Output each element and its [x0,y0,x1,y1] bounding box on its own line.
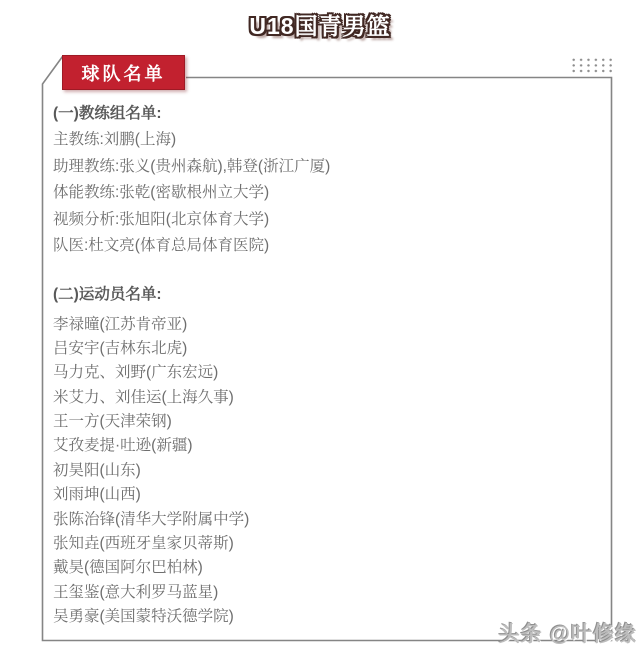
coach-line: 体能教练:张乾(密歇根州立大学) [53,180,598,207]
player-section-heading: (二)运动员名单: [53,282,598,307]
coach-section: (一)教练组名单: 主教练:刘鹏(上海) 助理教练:张义(贵州森航),韩登(浙江… [53,101,598,260]
player-line: 初昊阳(山东) [53,459,598,483]
watermark: 头条 @叶修缘 [499,618,637,648]
coach-section-heading: (一)教练组名单: [53,101,598,127]
player-line: 张陈治锋(清华大学附属中学) [53,508,598,532]
player-line: 王一方(天津荣钢) [53,410,598,434]
page-title: U18国青男篮 [0,8,640,41]
coach-line: 助理教练:张义(贵州森航),韩登(浙江广厦) [53,154,598,181]
dot-grid-decoration-icon [569,56,614,74]
screenshot-root: U18国青男篮 球队名单 (一)教练组名单: 主教练:刘鹏(上海) 助理教练:张… [0,0,640,653]
coach-line: 主教练:刘鹏(上海) [53,127,598,154]
player-line: 王玺鉴(意大利罗马蓝星) [53,581,598,605]
player-line: 马力克、刘野(广东宏远) [53,361,598,385]
coach-line: 队医:杜文亮(体育总局体育医院) [53,233,598,260]
roster-content: (一)教练组名单: 主教练:刘鹏(上海) 助理教练:张义(贵州森航),韩登(浙江… [53,101,598,630]
player-line: 张知垚(西班牙皇家贝蒂斯) [53,532,598,556]
player-line: 艾孜麦提·吐逊(新疆) [53,434,598,458]
player-line: 吕安宇(吉林东北虎) [53,337,598,361]
roster-badge: 球队名单 [62,55,185,90]
player-section: (二)运动员名单: 李禄曈(江苏肯帝亚) 吕安宇(吉林东北虎) 马力克、刘野(广… [53,282,598,630]
coach-line: 视频分析:张旭阳(北京体育大学) [53,207,598,234]
player-line: 戴昊(德国阿尔巴柏林) [53,556,598,580]
player-line: 刘雨坤(山西) [53,483,598,507]
player-line: 李禄曈(江苏肯帝亚) [53,313,598,337]
player-line: 米艾力、刘佳运(上海久事) [53,386,598,410]
